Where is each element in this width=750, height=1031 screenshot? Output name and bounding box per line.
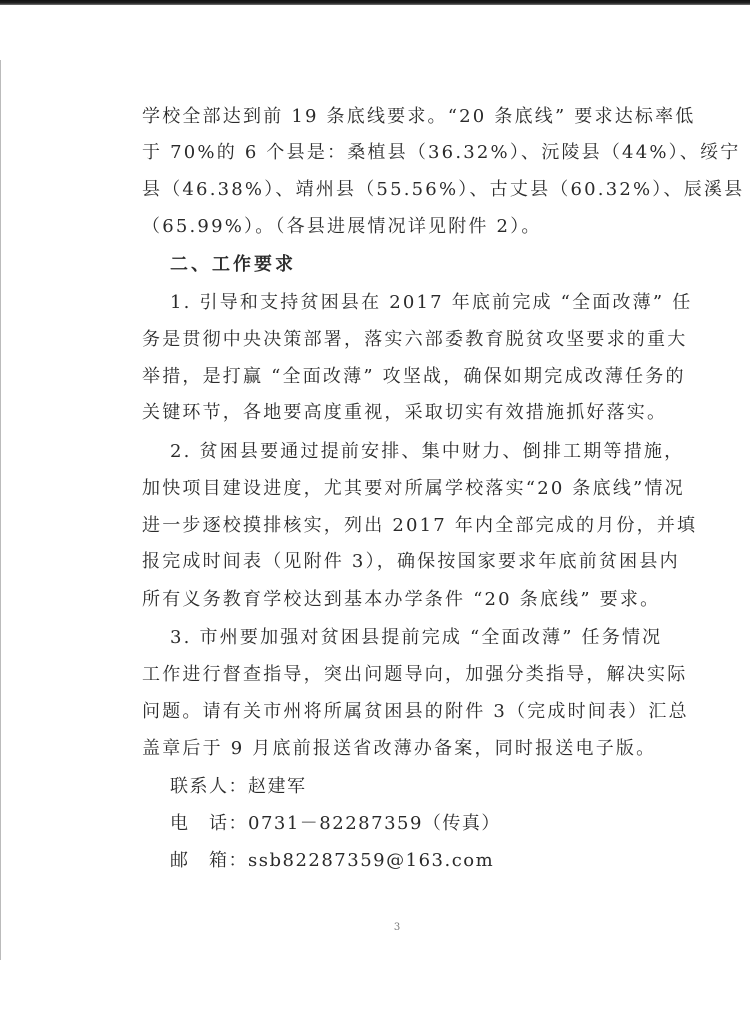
page-number: 3 bbox=[390, 922, 404, 933]
scan-edge-left bbox=[0, 60, 1, 960]
contact-person-label: 联系人： bbox=[170, 776, 248, 797]
body-line-2: 于 70%的 6 个县是：桑植县（36.32%）、沅陵县（44%）、绥宁 bbox=[142, 141, 632, 165]
scan-edge-top bbox=[0, 0, 750, 5]
paragraph-3-line-3: 问题。请有关市州将所属贫困县的附件 3（完成时间表）汇总 bbox=[142, 700, 632, 724]
paragraph-1-line-3: 举措，是打赢 “全面改薄” 攻坚战，确保如期完成改薄任务的 bbox=[142, 365, 632, 389]
contact-email-label: 邮 箱： bbox=[170, 850, 248, 871]
paragraph-1-line-2: 务是贯彻中央决策部署，落实六部委教育脱贫攻坚要求的重大 bbox=[142, 328, 632, 352]
contact-phone-label: 电 话： bbox=[170, 813, 248, 834]
body-line-3: 县（46.38%）、靖州县（55.56%）、古丈县（60.32%）、辰溪县 bbox=[142, 178, 632, 202]
contact-phone: 电 话：0731－82287359（传真） bbox=[170, 812, 632, 836]
paragraph-1-line-4: 关键环节，各地要高度重视，采取切实有效措施抓好落实。 bbox=[142, 401, 632, 425]
paragraph-2-line-3: 进一步逐校摸排核实，列出 2017 年内全部完成的月份，并填 bbox=[142, 514, 632, 538]
paragraph-2-line-2: 加快项目建设进度，尤其要对所属学校落实“20 条底线”情况 bbox=[142, 477, 632, 501]
paragraph-1-line-1: 1. 引导和支持贫困县在 2017 年底前完成 “全面改薄” 任 bbox=[170, 291, 632, 315]
body-line-1: 学校全部达到前 19 条底线要求。“20 条底线” 要求达标率低 bbox=[142, 105, 632, 129]
contact-email-value: ssb82287359@163.com bbox=[248, 850, 494, 871]
paragraph-2-line-1: 2. 贫困县要通过提前安排、集中财力、倒排工期等措施， bbox=[170, 440, 632, 464]
body-line-4: （65.99%）。（各县进展情况详见附件 2）。 bbox=[142, 215, 632, 239]
paragraph-2-line-5: 所有义务教育学校达到基本办学条件 “20 条底线” 要求。 bbox=[142, 588, 632, 612]
paragraph-3-line-4: 盖章后于 9 月底前报送省改薄办备案，同时报送电子版。 bbox=[142, 737, 632, 761]
section-heading: 二、工作要求 bbox=[170, 253, 632, 277]
contact-phone-value: 0731－82287359（传真） bbox=[248, 813, 501, 834]
paragraph-2-line-4: 报完成时间表（见附件 3），确保按国家要求年底前贫困县内 bbox=[142, 550, 632, 574]
paragraph-3-line-2: 工作进行督查指导，突出问题导向，加强分类指导，解决实际 bbox=[142, 663, 632, 687]
contact-email: 邮 箱：ssb82287359@163.com bbox=[170, 849, 632, 873]
contact-person: 联系人：赵建军 bbox=[170, 775, 632, 799]
paragraph-3-line-1: 3. 市州要加强对贫困县提前完成 “全面改薄” 任务情况 bbox=[170, 626, 632, 650]
contact-person-value: 赵建军 bbox=[248, 776, 307, 797]
